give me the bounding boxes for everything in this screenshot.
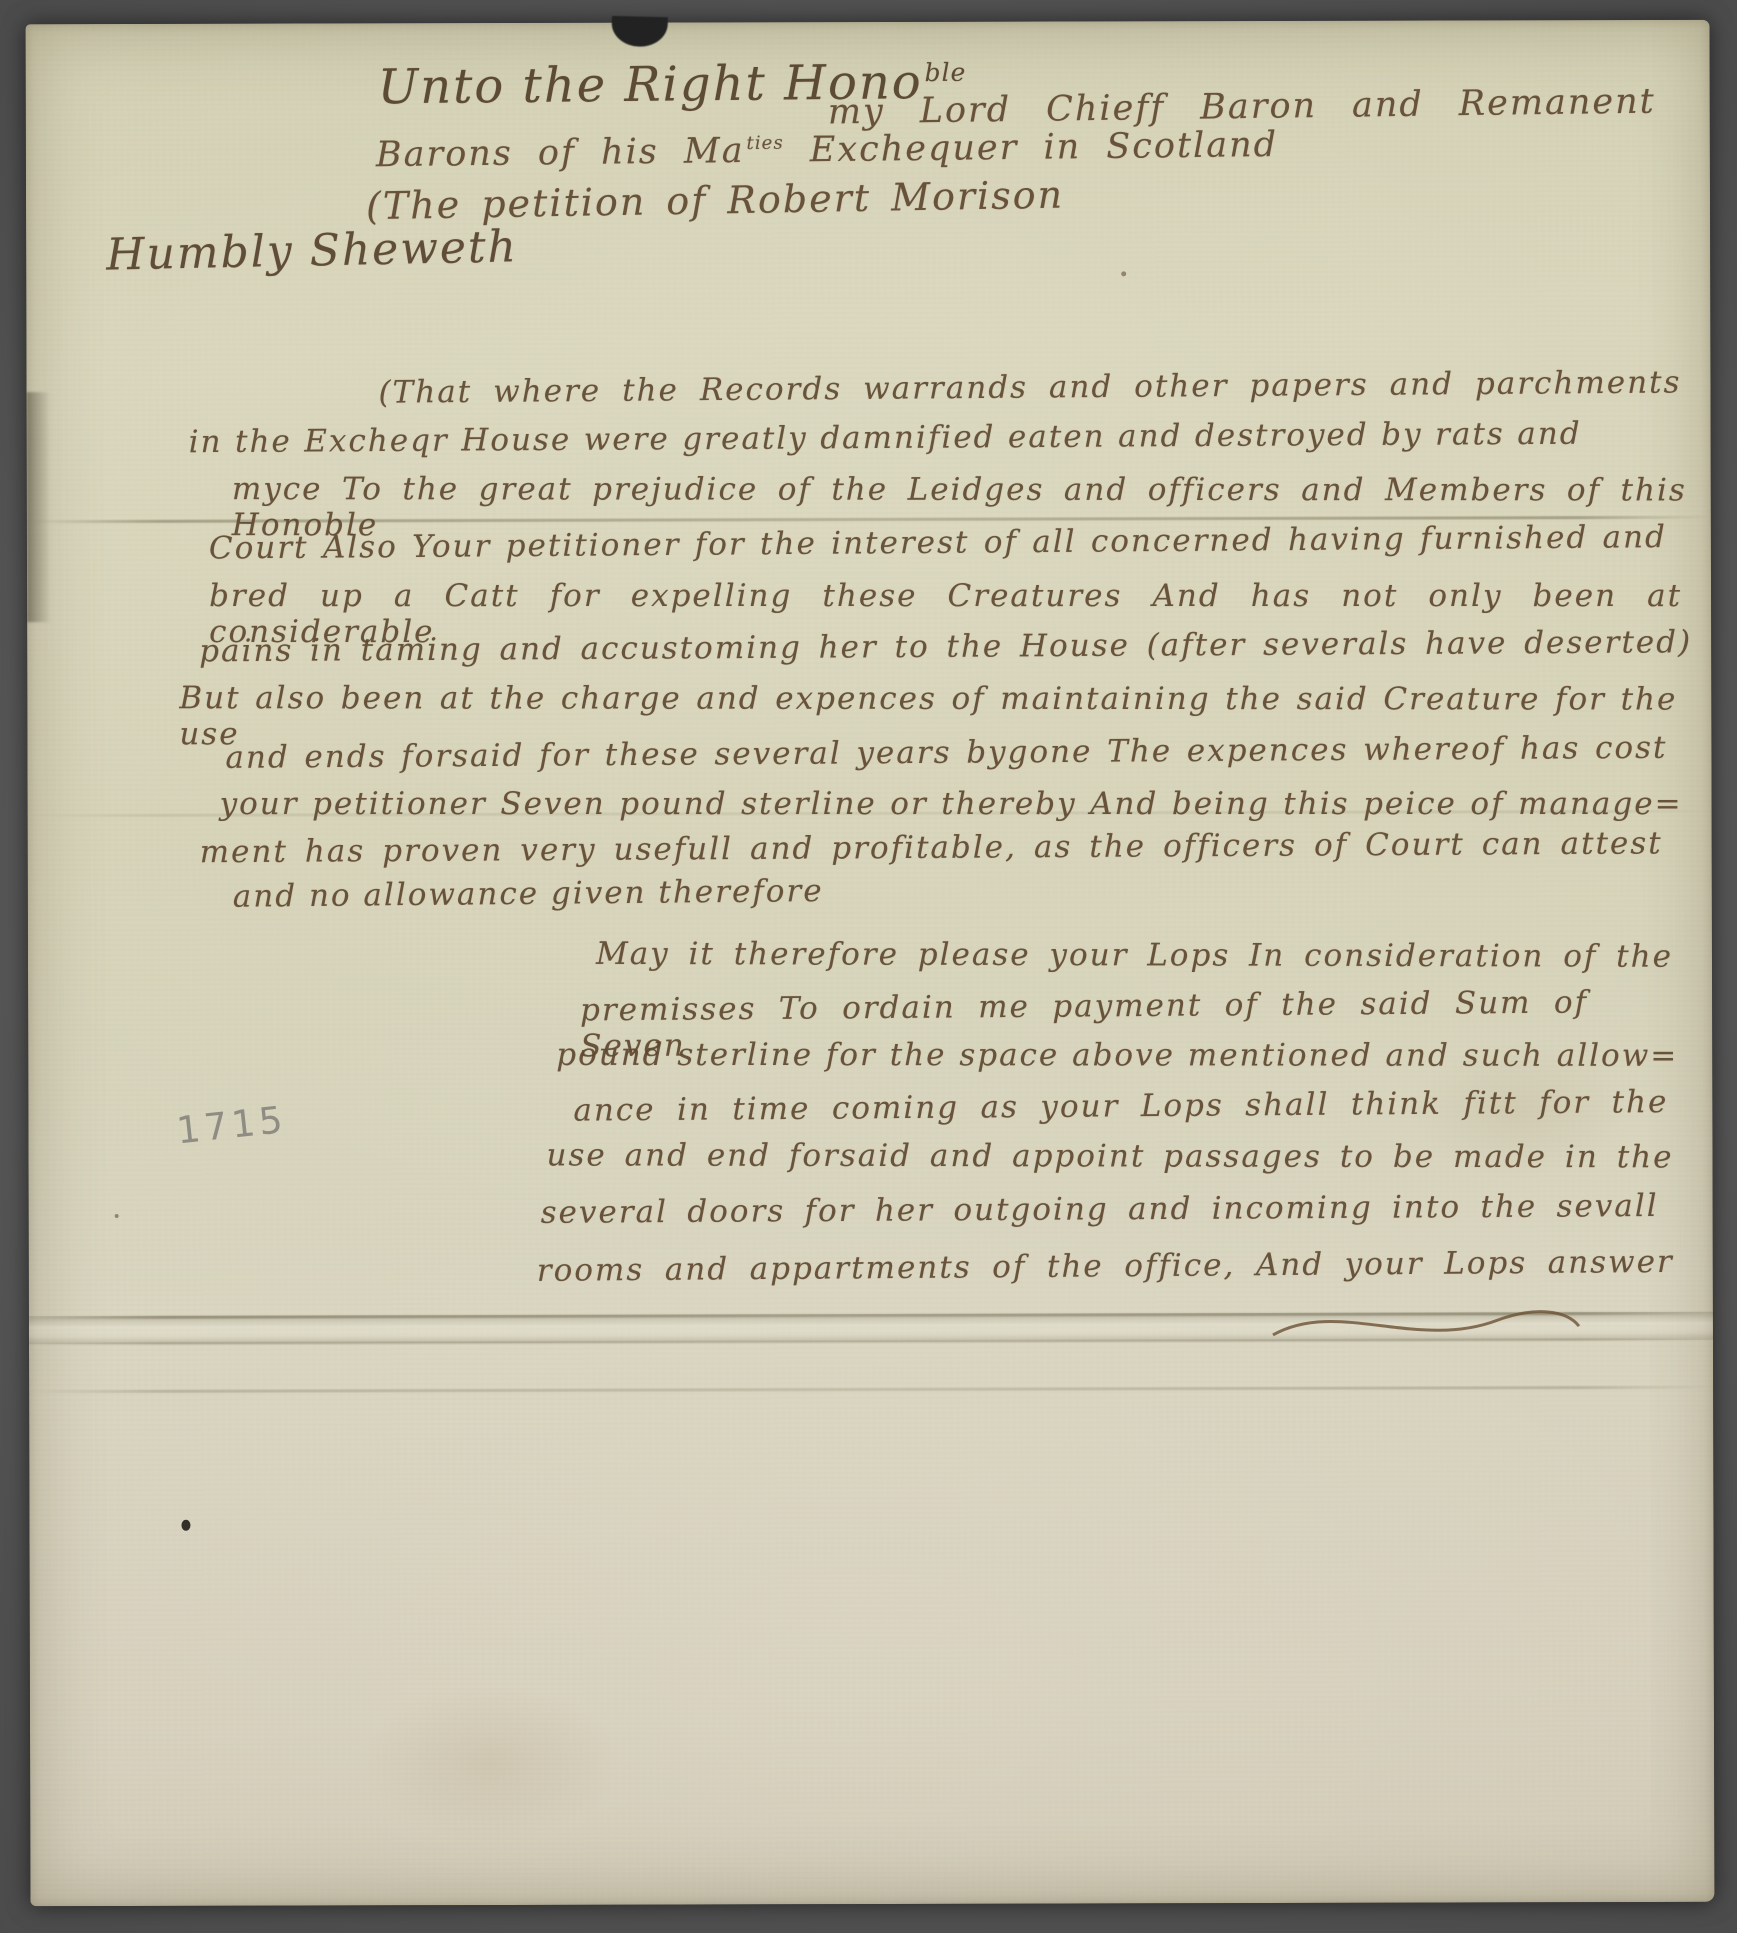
petition-title: (The petition of Robert Morison (366, 173, 1065, 229)
salutation-line2-tail: Exchequer in Scotland (810, 125, 1279, 170)
prayer-line-7: rooms and appartments of the office, And… (537, 1244, 1674, 1289)
superscript-honoble: ble (924, 58, 966, 87)
prayer-line-5: use and end forsaid and appoint passages… (546, 1137, 1673, 1175)
humbly-sheweth: Humbly Sheweth (106, 221, 519, 280)
pen-flourish (1267, 1292, 1587, 1353)
salutation-line-2: Barons of his MatiesExchequer in Scotlan… (376, 125, 1279, 175)
manuscript-page: Unto the Right Honoble my Lord Chieff Ba… (26, 20, 1715, 1906)
body-line-6: pains in taming and accustoming her to t… (199, 624, 1692, 669)
ink-speck (181, 1520, 190, 1531)
year-annotation: 1715 (174, 1098, 288, 1153)
body-line-9: your petitioner Seven pound sterline or … (220, 786, 1683, 822)
paper-stain (360, 1683, 620, 1844)
body-line-1: (That where the Records warrands and oth… (378, 364, 1681, 410)
prayer-line-4: ance in time coming as your Lops shall t… (573, 1084, 1668, 1129)
ink-speck (115, 1214, 119, 1218)
prayer-line-6: several doors for her outgoing and incom… (541, 1188, 1659, 1231)
ink-speck (1121, 271, 1126, 276)
prayer-line-1: May it therefore please your Lops In con… (596, 936, 1673, 975)
paper-edge-tear (611, 16, 668, 47)
prayer-line-3: pound sterline for the space above menti… (556, 1037, 1678, 1074)
body-line-2: in the Excheqr House were greatly damnif… (189, 416, 1582, 461)
left-edge-shadow (27, 392, 52, 622)
salutation-line2-text: Barons of his Ma (376, 131, 745, 175)
superscript-maties: ties (746, 133, 783, 154)
photograph-background: Unto the Right Honoble my Lord Chieff Ba… (0, 0, 1737, 1933)
fold-crease-5 (29, 1386, 1713, 1393)
body-line-11: and no allowance given therefore (233, 873, 824, 915)
body-line-10: ment has proven very usefull and profita… (200, 825, 1663, 870)
